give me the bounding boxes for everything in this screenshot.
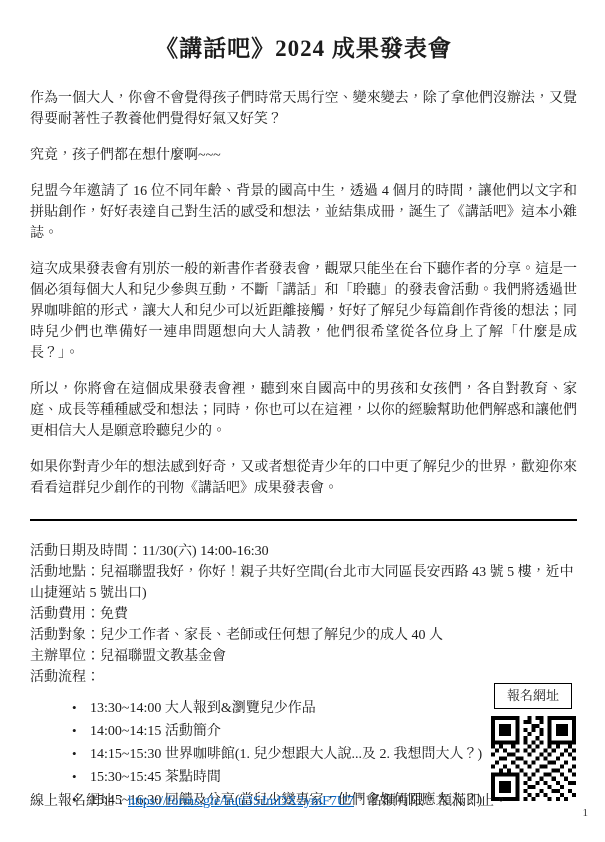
intro-paragraph: 作為一個大人，你會不會覺得孩子們時常天馬行空、變來變去，除了拿他們沒辦法，又覺得… [30,88,577,130]
signup-suffix: ，名額有限，額滿即止。 [354,794,508,809]
qr-label: 報名網址 [507,688,559,703]
detail-date-time: 活動日期及時間：11/30(六) 14:00-16:30 [30,541,577,562]
document-page: 《講話吧》2024 成果發表會 作為一個大人，你會不會覺得孩子們時常天馬行空、變… [0,0,605,842]
signup-prefix: 線上報名網址： [30,794,128,809]
signup-line: 線上報名網址：https://forms.gle/huti3SJmDX2ymF7… [30,791,508,812]
intro-paragraph: 這次成果發表會有別於一般的新書作者發表會，觀眾只能坐在台下聽作者的分享。這是一個… [30,259,577,364]
schedule-item: 13:30~14:00 大人報到&瀏覽兒少作品 [52,697,550,720]
qr-label-box: 報名網址 [494,683,572,709]
page-title: 《講話吧》2024 成果發表會 [30,34,577,64]
event-details-section: 活動日期及時間：11/30(六) 14:00-16:30 活動地點：兒福聯盟我好… [30,541,577,688]
intro-section: 作為一個大人，你會不會覺得孩子們時常天馬行空、變來變去，除了拿他們沒辦法，又覺得… [30,88,577,499]
schedule-item: 14:15~15:30 世界咖啡館(1. 兒少想跟大人說...及 2. 我想問大… [52,743,550,766]
section-divider [30,519,577,521]
detail-organizer: 主辦單位：兒福聯盟文教基金會 [30,646,577,667]
detail-location: 活動地點：兒福聯盟我好，你好！親子共好空間(台北市大同區長安西路 43 號 5 … [30,562,577,604]
intro-paragraph: 如果你對青少年的想法感到好奇，又或者想從青少年的口中更了解兒少的世界，歡迎你來看… [30,457,577,499]
detail-fee: 活動費用：免費 [30,604,577,625]
intro-paragraph: 所以，你將會在這個成果發表會裡，聽到來自國高中的男孩和女孩們，各自對教育、家庭、… [30,379,577,442]
qr-code-icon [491,716,576,801]
intro-paragraph: 究竟，孩子們都在想什麼啊~~~ [30,145,577,166]
intro-paragraph: 兒盟今年邀請了 16 位不同年齡、背景的國高中生，透過 4 個月的時間，讓他們以… [30,181,577,244]
signup-qr-block: 報名網址 [488,683,578,801]
signup-link[interactable]: https://forms.gle/huti3SJmDX2ymF7U7 [128,794,354,809]
detail-audience: 活動對象：兒少工作者、家長、老師或任何想了解兒少的成人 40 人 [30,625,577,646]
schedule-item: 14:00~14:15 活動簡介 [52,720,550,743]
schedule-item: 15:30~15:45 茶點時間 [52,766,550,789]
page-number: 1 [583,807,589,819]
